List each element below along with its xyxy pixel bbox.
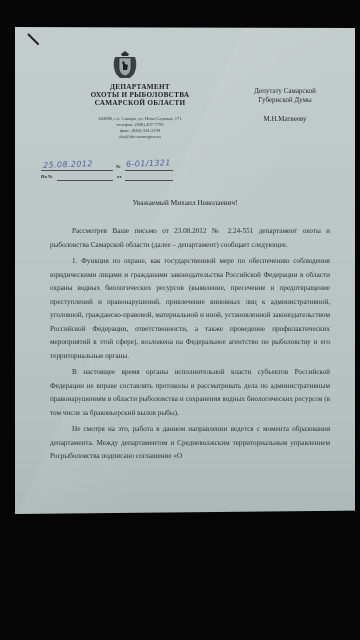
date-underline xyxy=(41,170,113,171)
letter-page: ДЕПАРТАМЕНТ ОХОТЫ И РЫБОЛОВСТВА САМАРСКО… xyxy=(15,27,355,514)
from-label: от xyxy=(117,174,122,179)
coat-of-arms-icon xyxy=(111,50,139,80)
reply-to-label: На № xyxy=(41,174,53,179)
sender-contacts: 443086, г.о. Самара, ул. Ново-Садовая, 1… xyxy=(55,116,225,140)
number-symbol: № xyxy=(116,164,121,169)
paragraph-2: В настоящее время органы исполнительной … xyxy=(50,366,330,420)
pen-mark xyxy=(27,33,39,45)
handwritten-number: 6-01/1321 xyxy=(126,158,171,169)
org-line-3: САМАРСКОЙ ОБЛАСТИ xyxy=(65,99,215,107)
number-underline xyxy=(125,170,173,171)
recipient-block: Депутату Самарской Губернской Думы М.Н.М… xyxy=(235,87,335,124)
from-underline xyxy=(125,180,173,181)
recipient-line-1: Депутату Самарской xyxy=(235,87,335,96)
recipient-line-2: Губернской Думы xyxy=(235,96,335,105)
recipient-name: М.Н.Матвееву xyxy=(235,115,335,124)
paragraph-3: Не смотря на это, работа в данном направ… xyxy=(50,423,330,464)
reply-to-underline xyxy=(57,180,113,181)
sender-organization: ДЕПАРТАМЕНТ ОХОТЫ И РЫБОЛОВСТВА САМАРСКО… xyxy=(65,83,215,107)
letter-body: Рассмотрев Ваше письмо от 23.08.2012 № 2… xyxy=(50,225,330,464)
handwritten-date: 25.08.2012 xyxy=(43,159,93,170)
org-line-2: ОХОТЫ И РЫБОЛОВСТВА xyxy=(65,91,215,99)
org-line-1: ДЕПАРТАМЕНТ xyxy=(65,83,215,91)
sender-email: dor@dor.samregion.ru xyxy=(55,134,225,140)
registration-block: 25.08.2012 № 6-01/1321 На № от xyxy=(39,158,179,188)
paragraph-1: 1. Функция по охране, как государственно… xyxy=(50,255,330,363)
salutation: Уважаемый Михаил Николаевич! xyxy=(15,198,355,207)
paragraph-intro: Рассмотрев Ваше письмо от 23.08.2012 № 2… xyxy=(50,225,330,252)
